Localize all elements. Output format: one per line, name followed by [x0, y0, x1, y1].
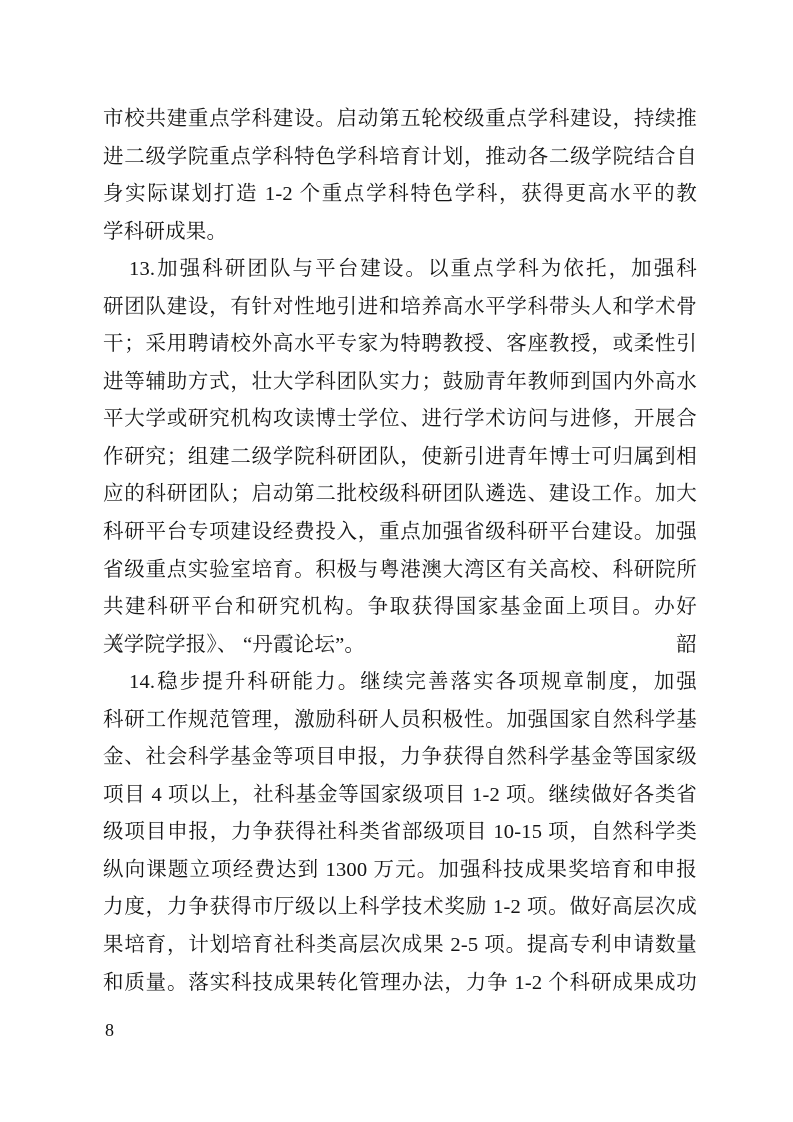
text-line: 金、社会科学基金等项目申报，力争获得自然科学基金等国家级: [103, 739, 697, 777]
text-line: 和质量。落实科技成果转化管理办法，力争 1-2 个科研成果成功: [103, 965, 697, 1003]
text-line: 共建科研平台和研究机构。争取获得国家基金面上项目。办好《韶: [103, 589, 697, 627]
text-line: 进等辅助方式，壮大学科团队实力；鼓励青年教师到国内外高水: [103, 364, 697, 402]
text-line: 果培育，计划培育社科类高层次成果 2-5 项。提高专利申请数量: [103, 927, 697, 965]
text-line: 学科研成果。: [103, 214, 697, 252]
text-line: 身实际谋划打造 1-2 个重点学科特色学科，获得更高水平的教: [103, 176, 697, 214]
text-line: 应的科研团队；启动第二批校级科研团队遴选、建设工作。加大: [103, 476, 697, 514]
document-body: 市校共建重点学科建设。启动第五轮校级重点学科建设，持续推进二级学院重点学科特色学…: [103, 101, 697, 1002]
document-page: 市校共建重点学科建设。启动第五轮校级重点学科建设，持续推进二级学院重点学科特色学…: [0, 0, 793, 1122]
text-line: 14.稳步提升科研能力。继续完善落实各项规章制度，加强: [103, 664, 697, 702]
text-line: 进二级学院重点学科特色学科培育计划，推动各二级学院结合自: [103, 139, 697, 177]
text-line: 平大学或研究机构攻读博士学位、进行学术访问与进修，开展合: [103, 401, 697, 439]
text-line: 13.加强科研团队与平台建设。以重点学科为依托，加强科: [103, 251, 697, 289]
text-line: 力度，力争获得市厅级以上科学技术奖励 1-2 项。做好高层次成: [103, 889, 697, 927]
text-line: 市校共建重点学科建设。启动第五轮校级重点学科建设，持续推: [103, 101, 697, 139]
text-line: 研团队建设，有针对性地引进和培养高水平学科带头人和学术骨: [103, 289, 697, 327]
text-line: 干；采用聘请校外高水平专家为特聘教授、客座教授，或柔性引: [103, 326, 697, 364]
text-line: 级项目申报，力争获得社科类省部级项目 10-15 项，自然科学类: [103, 814, 697, 852]
text-line: 科研平台专项建设经费投入，重点加强省级科研平台建设。加强: [103, 514, 697, 552]
text-line: 作研究；组建二级学院科研团队，使新引进青年博士可归属到相: [103, 439, 697, 477]
text-line: 纵向课题立项经费达到 1300 万元。加强科技成果奖培育和申报: [103, 852, 697, 890]
text-line: 项目 4 项以上，社科基金等国家级项目 1-2 项。继续做好各类省: [103, 777, 697, 815]
text-line: 科研工作规范管理，激励科研人员积极性。加强国家自然科学基: [103, 702, 697, 740]
text-line: 省级重点实验室培育。积极与粤港澳大湾区有关高校、科研院所: [103, 552, 697, 590]
page-number: 8: [105, 1018, 114, 1042]
